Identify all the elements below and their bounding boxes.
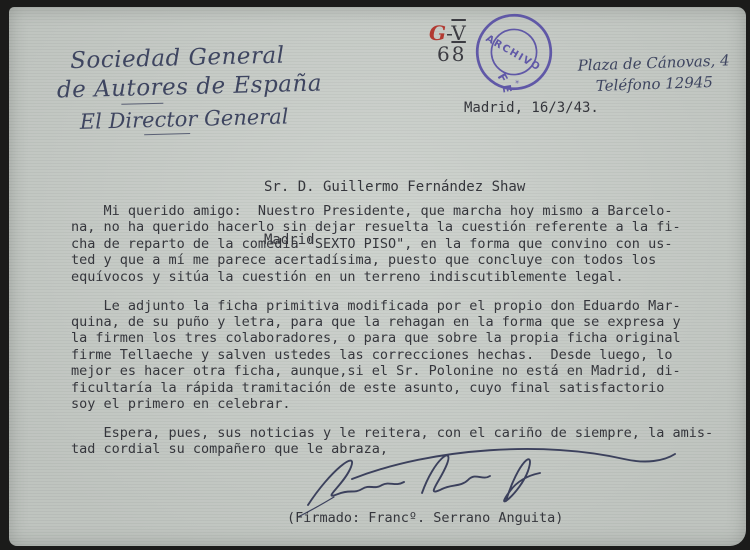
signature-caption: (Firmado: Francº. Serrano Anguita) [287,510,563,526]
signature-stroke-2 [422,455,490,493]
archive-stamp: FERNANDEZ-SHAW ARCHIVO ✳ [472,10,556,94]
signature-stroke-3 [352,449,675,479]
paragraph-2: Le adjunto la ficha primitiva modificada… [71,298,713,413]
stamp-bottom-mark: ✳ [514,77,520,86]
signature-stroke-4 [504,459,540,501]
scanned-letter-page: Sociedad General de Autores de España El… [9,7,746,546]
recipient-name: Sr. D. Guillermo Fernández Shaw [264,179,525,197]
handwritten-signature [294,435,689,520]
date-line: Madrid, 16/3/43. [464,100,599,116]
letterhead-address: Plaza de Cánovas, 4 Teléfono 12945 [570,50,737,98]
letterhead: Sociedad General de Autores de España El… [56,42,323,138]
letter-body: Mi querido amigo: Nuestro Presidente, qu… [71,203,713,470]
letterhead-org-line1: Sociedad General [70,42,322,75]
letterhead-org-line2: de Autores de España [57,71,323,104]
address-phone: Teléfono 12945 [571,71,738,98]
letterhead-sender-title: El Director General [79,104,323,134]
letterhead-flourish-rule-2 [144,133,190,135]
letterhead-flourish-rule [121,103,163,105]
stamp-center-text: ARCHIVO [484,33,543,73]
paragraph-1: Mi querido amigo: Nuestro Presidente, qu… [71,203,713,285]
